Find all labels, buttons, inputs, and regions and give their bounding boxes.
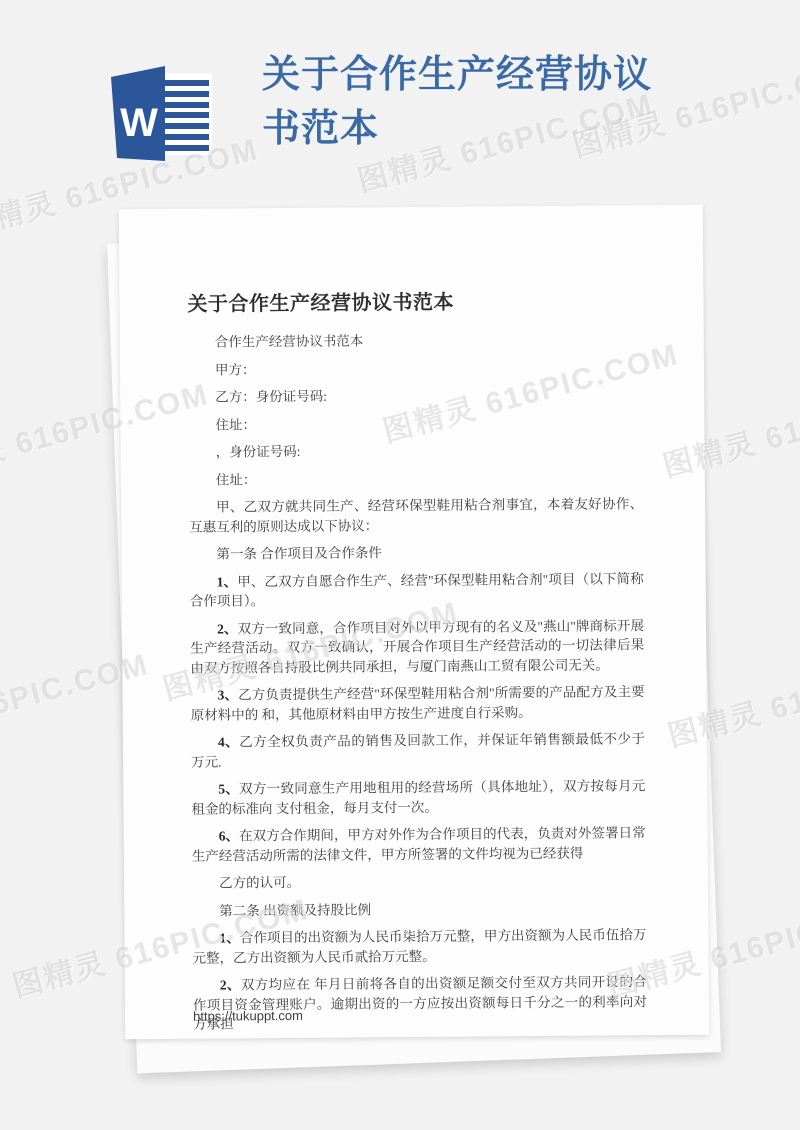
document-paragraph: 住址： [188,412,642,435]
paragraph-number: 6、 [219,828,239,843]
paragraph-number: 4、 [218,734,239,749]
document-paragraph: 6、在双方合作期间，甲方对外作为合作项目的代表，负责对外签署日常生产经营活动所需… [192,823,646,866]
document-paragraph: 4、乙方全权负责产品的销售及回款工作，并保证年销售额最低不少于 万元. [191,729,645,772]
header: W 关于合作生产经营协议书范本 [0,0,800,200]
paragraph-number: 5、 [218,781,239,796]
word-document-icon: W [110,58,216,170]
document-paragraph: 2、双方均应在 年月日前将各自的出资额足额交付至双方共同开设的合作项目资金管理账… [193,972,647,1034]
document-paragraph: 第二条 出资额及持股比例 [192,898,646,921]
document-paragraph: 2、双方一致同意，合作项目对外以甲方现有的名义及"燕山"牌商标开展生产经营活动。… [190,616,644,678]
document-paragraph: 乙方：身份证号码: [188,384,642,407]
paragraph-number: 3、 [218,687,239,702]
paragraph-number: 1、 [217,574,238,589]
document-paragraph: 甲方： [188,357,642,380]
page-title-line2: 书范本 [262,108,379,150]
document-paragraph: 1、甲、乙双方自愿合作生产、经营"环保型鞋用粘合剂"项目（以下简称合作项目）。 [190,569,644,612]
paragraph-number: 2、 [220,977,241,992]
paragraph-number: 2、 [217,621,238,636]
page-title: 关于合作生产经营协议书范本 [262,48,682,156]
document-paragraph: 甲、乙双方就共同生产、经营环保型鞋用粘合剂事宜，本着友好协作、互惠互利的原则达成… [189,494,643,537]
document-paragraph: 1、合作项目的出资额为人民币柒拾万元整，甲方出资额为人民币伍拾万元整，乙方出资额… [192,925,646,968]
paragraph-number: 1、 [219,930,239,945]
document-paragraph: ，身份证号码: [189,439,643,462]
svg-text:W: W [120,101,158,145]
footer-link[interactable]: https://tukuppt.com [193,1008,303,1024]
document-paragraph: 3、乙方负责提供生产经营"环保型鞋用粘合剂"所需要的产品配方及主要原材料中的 和… [190,682,644,725]
page-title-line1: 关于合作生产经营协议 [262,54,652,96]
document-heading: 关于合作生产经营协议书范本 [187,287,641,319]
document-paragraph: 合作生产经营协议书范本 [188,329,642,352]
document-paragraph: 5、双方一致同意生产用地租用的经营场所（具体地址），双方按每月元租金的标准向 支… [191,776,645,819]
document-content: 关于合作生产经营协议书范本 合作生产经营协议书范本甲方：乙方：身份证号码:住址：… [187,287,647,1042]
document-page: 关于合作生产经营协议书范本 合作生产经营协议书范本甲方：乙方：身份证号码:住址：… [119,205,710,1040]
document-paragraph: 乙方的认可。 [192,870,646,893]
document-paragraphs: 合作生产经营协议书范本甲方：乙方：身份证号码:住址：，身份证号码:住址：甲、乙双… [188,329,647,1034]
document-paragraph: 住址： [189,467,643,490]
document-paragraph: 第一条 合作项目及合作条件 [189,541,643,564]
